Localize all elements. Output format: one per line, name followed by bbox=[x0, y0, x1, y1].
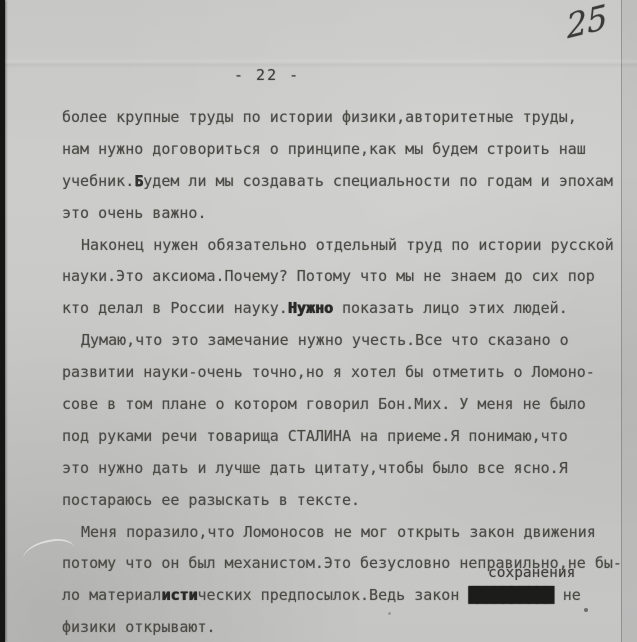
text-segment: учебник. bbox=[62, 172, 134, 190]
interlinear-insertion: сохранения bbox=[488, 566, 575, 580]
text-line: под руками речи товарища СТАЛИНА на прие… bbox=[62, 421, 623, 453]
typed-page-number: - 22 - bbox=[234, 66, 300, 84]
struck-out-word: ██████████ bbox=[468, 586, 553, 604]
scanned-typewritten-page: 25 - 22 - более крупные труды по истории… bbox=[0, 0, 637, 642]
text-segment: не bbox=[554, 586, 581, 604]
text-line: постараюсь ее разыскать в тексте. bbox=[62, 485, 623, 517]
scan-edge-right bbox=[621, 0, 637, 642]
text-line: кто делал в России науку.Нужно показать … bbox=[62, 293, 623, 325]
text-segment: ло материал bbox=[62, 586, 161, 604]
text-line: учебник.Будем ли мы создавать специально… bbox=[62, 166, 623, 198]
text-line: ло материалистических предпосылок.Ведь з… bbox=[62, 580, 623, 612]
overstruck-word: Нужно bbox=[288, 299, 333, 317]
text-segment: ческих предпосылок.Ведь закон bbox=[197, 586, 468, 604]
text-segment: показать лицо этих людей. bbox=[333, 299, 568, 317]
text-line: это очень важно. bbox=[62, 198, 623, 230]
text-segment: удем ли мы создавать специальности по го… bbox=[143, 172, 613, 190]
handwritten-page-number: 25 bbox=[565, 0, 609, 46]
text-line: сове в том плане о котором говорил Бон.М… bbox=[62, 389, 623, 421]
text-line: развитии науки-очень точно,но я хотел бы… bbox=[62, 357, 623, 389]
corrected-letter: Б bbox=[134, 172, 143, 190]
text-line: Меня поразило,что Ломоносов не мог откры… bbox=[62, 517, 623, 549]
overstruck-segment: исти bbox=[161, 586, 197, 604]
text-line: физики открывают. bbox=[62, 612, 623, 642]
text-line: Думаю,что это замечание нужно учесть.Все… bbox=[62, 325, 623, 357]
text-line: Наконец нужен обязательно отдельный труд… bbox=[62, 230, 623, 262]
document-body: более крупные труды по истории физики,ав… bbox=[62, 102, 623, 642]
scan-streak-artifact bbox=[5, 58, 637, 68]
text-segment: кто делал в России науку. bbox=[62, 299, 288, 317]
text-line: это нужно дать и лучше дать цитату,чтобы… bbox=[62, 453, 623, 485]
text-line: нам нужно договориться о принципе,как мы… bbox=[62, 134, 623, 166]
text-line: более крупные труды по истории физики,ав… bbox=[62, 102, 623, 134]
scan-edge-left bbox=[0, 0, 5, 642]
text-line: науки.Это аксиома.Почему? Потому что мы … bbox=[62, 261, 623, 293]
